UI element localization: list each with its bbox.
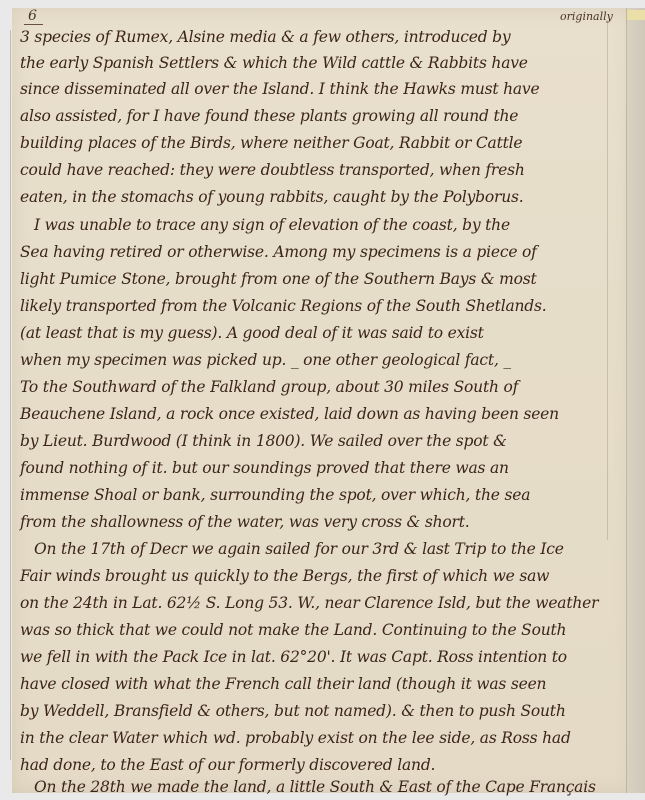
left-margin-rule xyxy=(10,30,11,760)
text-line: likely transported from the Volcanic Reg… xyxy=(20,297,546,315)
text-line: 3 species of Rumex, Alsine media & a few… xyxy=(20,28,510,46)
text-line: I was unable to trace any sign of elevat… xyxy=(20,216,510,234)
text-line: On the 28th we made the land, a little S… xyxy=(20,778,596,796)
text-line: when my specimen was picked up. _ one ot… xyxy=(20,351,511,369)
text-line: was so thick that we could not make the … xyxy=(20,621,566,639)
text-line: also assisted, for I have found these pl… xyxy=(20,107,518,125)
text-line: since disseminated all over the Island. … xyxy=(20,80,539,98)
text-line: On the 17th of Decr we again sailed for … xyxy=(20,540,564,558)
text-line: by Weddell, Bransfield & others, but not… xyxy=(20,702,566,720)
interlinear-note: originally xyxy=(560,10,613,23)
text-line: building places of the Birds, where neit… xyxy=(20,134,522,152)
text-line: Fair winds brought us quickly to the Ber… xyxy=(20,567,549,585)
text-line: To the Southward of the Falkland group, … xyxy=(20,378,518,396)
text-line: the early Spanish Settlers & which the W… xyxy=(20,54,528,72)
text-line: had done, to the East of our formerly di… xyxy=(20,756,435,774)
page-tab xyxy=(627,10,645,20)
text-line: immense Shoal or bank, surrounding the s… xyxy=(20,486,530,504)
text-line: have closed with what the French call th… xyxy=(20,675,546,693)
text-line: we fell in with the Pack Ice in lat. 62°… xyxy=(20,648,567,666)
text-line: Beauchene Island, a rock once existed, l… xyxy=(20,405,559,423)
text-line: found nothing of it. but our soundings p… xyxy=(20,459,509,477)
text-line: eaten, in the stomachs of young rabbits,… xyxy=(20,188,523,206)
text-line: light Pumice Stone, brought from one of … xyxy=(20,270,537,288)
page-number: 6 xyxy=(24,8,43,25)
text-line: on the 24th in Lat. 62½ S. Long 53. W., … xyxy=(20,594,598,612)
text-line: Sea having retired or otherwise. Among m… xyxy=(20,243,537,261)
text-line: by Lieut. Burdwood (I think in 1800). We… xyxy=(20,432,507,450)
page-edge xyxy=(626,8,645,793)
right-margin-rule xyxy=(607,20,608,540)
text-line: in the clear Water which wd. probably ex… xyxy=(20,729,571,747)
text-line: (at least that is my guess). A good deal… xyxy=(20,324,484,342)
text-line: could have reached: they were doubtless … xyxy=(20,161,525,179)
text-line: from the shallowness of the water, was v… xyxy=(20,513,470,531)
